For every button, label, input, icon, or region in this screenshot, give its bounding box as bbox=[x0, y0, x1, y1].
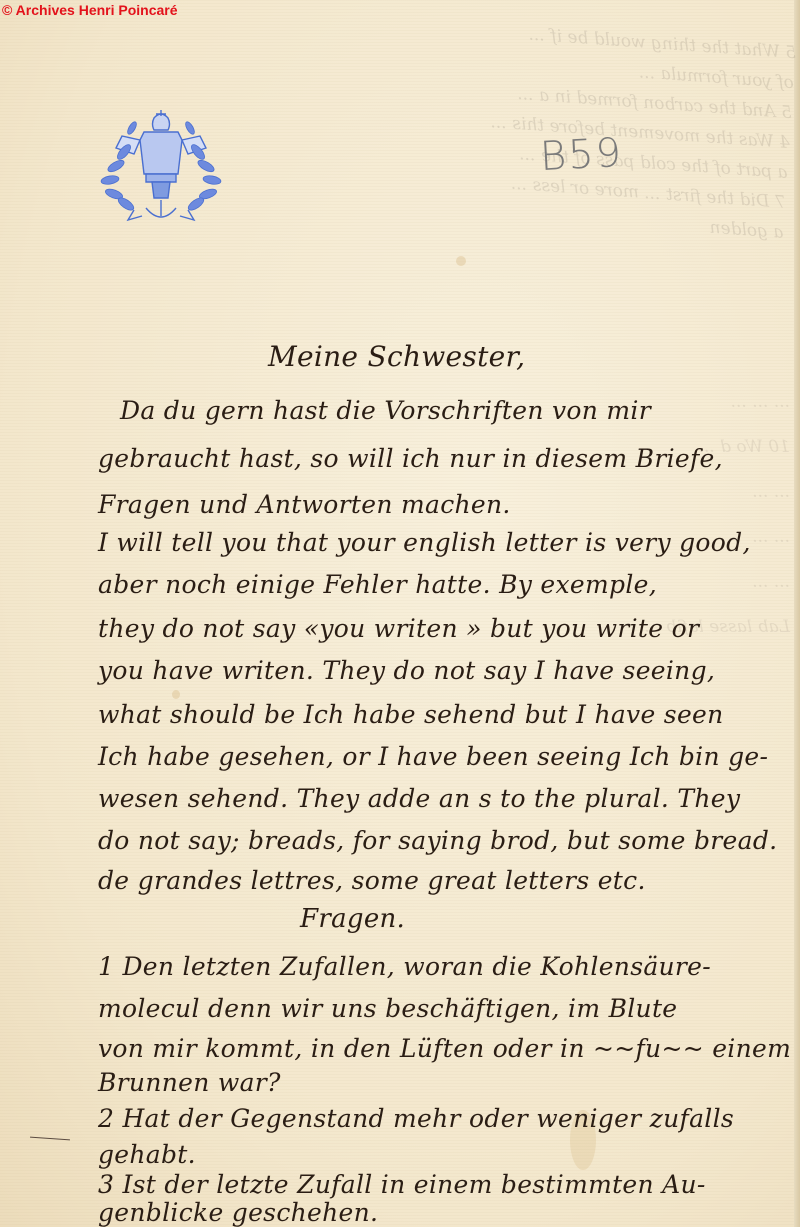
armor-crest-icon bbox=[96, 108, 226, 226]
letter-line: Da du gern hast die Vorschriften von mir bbox=[120, 396, 651, 425]
question-line: 3 Ist der letzte Zufall in einem bestimm… bbox=[98, 1170, 706, 1199]
question-line: Brunnen war? bbox=[98, 1068, 281, 1097]
archive-reference-mark: B59 bbox=[539, 130, 624, 180]
letter-salutation: Meine Schwester, bbox=[268, 340, 525, 373]
paper-stain bbox=[456, 256, 466, 266]
paper-stain bbox=[172, 690, 180, 699]
letter-line: de grandes lettres, some great letters e… bbox=[98, 866, 646, 895]
letter-line: do not say; breads, for saying brod, but… bbox=[98, 826, 777, 855]
questions-heading: Fragen. bbox=[300, 904, 405, 934]
copyright-watermark: © Archives Henri Poincaré bbox=[2, 2, 178, 18]
letter-line: I will tell you that your english letter… bbox=[98, 528, 751, 557]
question-line: gehabt. bbox=[98, 1140, 196, 1169]
letter-line: what should be Ich habe sehend but I hav… bbox=[98, 700, 724, 729]
question-line: molecul denn wir uns beschäftigen, im Bl… bbox=[98, 994, 677, 1023]
letter-line: wesen sehend. They adde an s to the plur… bbox=[98, 784, 740, 813]
question-line: genblicke geschehen. bbox=[98, 1198, 378, 1227]
paper-edge bbox=[794, 0, 800, 1227]
letter-line: Ich habe gesehen, or I have been seeing … bbox=[98, 742, 768, 771]
letter-line: they do not say «you writen » but you wr… bbox=[98, 614, 699, 643]
letter-line: gebraucht hast, so will ich nur in diese… bbox=[98, 444, 723, 473]
letter-line: Fragen und Antworten machen. bbox=[98, 490, 511, 519]
letter-line: aber noch einige Fehler hatte. By exempl… bbox=[98, 570, 657, 599]
question-line: von mir kommt, in den Lüften oder in ~~f… bbox=[98, 1034, 791, 1063]
letter-line: you have writen. They do not say I have … bbox=[98, 656, 715, 685]
question-line: 1 Den letzten Zufallen, woran die Kohlen… bbox=[98, 952, 711, 981]
question-line: 2 Hat der Gegenstand mehr oder weniger z… bbox=[98, 1104, 734, 1133]
